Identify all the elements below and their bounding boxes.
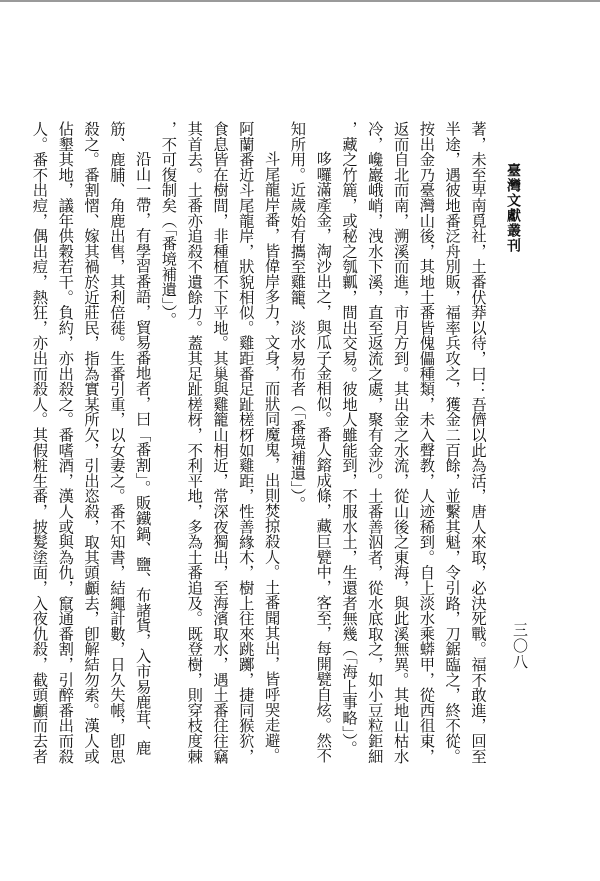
- text-column: 半途，遇彼地番泛舟別販，福率兵攻之，獲金二百餘，並繫其魁，令引路，刀鋸臨之，終不…: [438, 121, 464, 821]
- text-column: 食息皆在樹間，非種植不下平地。其巢與雞籠山相近，常深夜獨出，至海濱取水，遇土番往…: [206, 121, 232, 821]
- text-column: ，不可復制矣（「番境補遺」）。: [155, 121, 181, 821]
- text-column: 筋、鹿脯、角鹿出售，其利倍蓰。生番引重，以女妻之。番不知書，結繩計數，日久失帳，…: [103, 121, 129, 821]
- text-column: 殺之。番割慴、嫁其禍於近莊民，指為實某所欠，引出恣殺，取其頭顱去，卽解結勿索。漢…: [77, 121, 103, 821]
- text-column: 阿蘭番近斗尾龍岸，狀貌相似。雞距番足趾槎枒如雞距，性善緣木，樹上往來跳躑，捷同猴…: [232, 121, 258, 821]
- text-column: 佔墾其地，議年供穀若干。負約，亦出殺之。番嗜酒，漢人或與為仇，竄通番割，引醉番出…: [51, 121, 77, 821]
- text-column: 按出金乃臺灣山後，其地土番皆傀儡種類，未入聲教，人迹稀到。自上淡水乘蟒甲，從西徂…: [413, 121, 439, 821]
- page-number: 三〇八: [512, 622, 527, 670]
- book-page: 臺灣文獻叢刊 三〇八 著，未至卑南覓社，土番伏莽以待，曰：吾儕以此為活，唐人來取…: [0, 0, 600, 881]
- text-column: 冷，巉巖峨峭，洩水下溪，直至返流之處，聚有金沙。土番善泅者，從水底取之，如小豆粒…: [361, 121, 387, 821]
- text-column-paragraph-start: 斗尾龍岸番，皆偉岸多力，文身，而狀同魔鬼，出則焚掠殺人。土番聞其出，皆呼哭走避。: [258, 121, 284, 821]
- text-column: 著，未至卑南覓社，土番伏莽以待，曰：吾儕以此為活，唐人來取，必決死戰。福不敢進，…: [464, 121, 490, 821]
- text-column: 返而自北而南，溯溪而進，市月方到。其出金之水流，從山後之東海，與此溪無異。其地山…: [387, 121, 413, 821]
- text-column: 其首去。土番亦追殺不遺餘力。蓋其足趾槎枒，不利平地，多為土番追及。既登樹，則穿枝…: [180, 121, 206, 821]
- text-column: 知所用。近歲始有攜至雞籠、淡水易布者（「番境補遺」）。: [284, 121, 310, 821]
- text-column: ，藏之竹簏，或秘之瓠瓤，間出交易。彼地人雖能到，不服水土，生還者無幾（「海上事略…: [335, 121, 361, 821]
- vertical-body-text: 著，未至卑南覓社，土番伏莽以待，曰：吾儕以此為活，唐人來取，必決死戰。福不敢進，…: [26, 121, 490, 821]
- text-column-paragraph-start: 沿山一帶，有學習番語，貿易番地者，曰「番割」。販鐵鍋、鹽、布諸貨，入市易鹿茸、鹿: [129, 121, 155, 821]
- text-column: 人。番不出痘，偶出痘，熱狂，亦出而殺人。其假粧生番，披髮塗面，入夜仇殺，截頭顱而…: [26, 121, 52, 821]
- text-column-paragraph-start: 哆囉滿產金，淘沙出之，與瓜子金相似。番人鎔成條，藏巨甓中，客至，每開甓自炫。然不: [309, 121, 335, 821]
- series-title: 臺灣文獻叢刊: [506, 163, 520, 253]
